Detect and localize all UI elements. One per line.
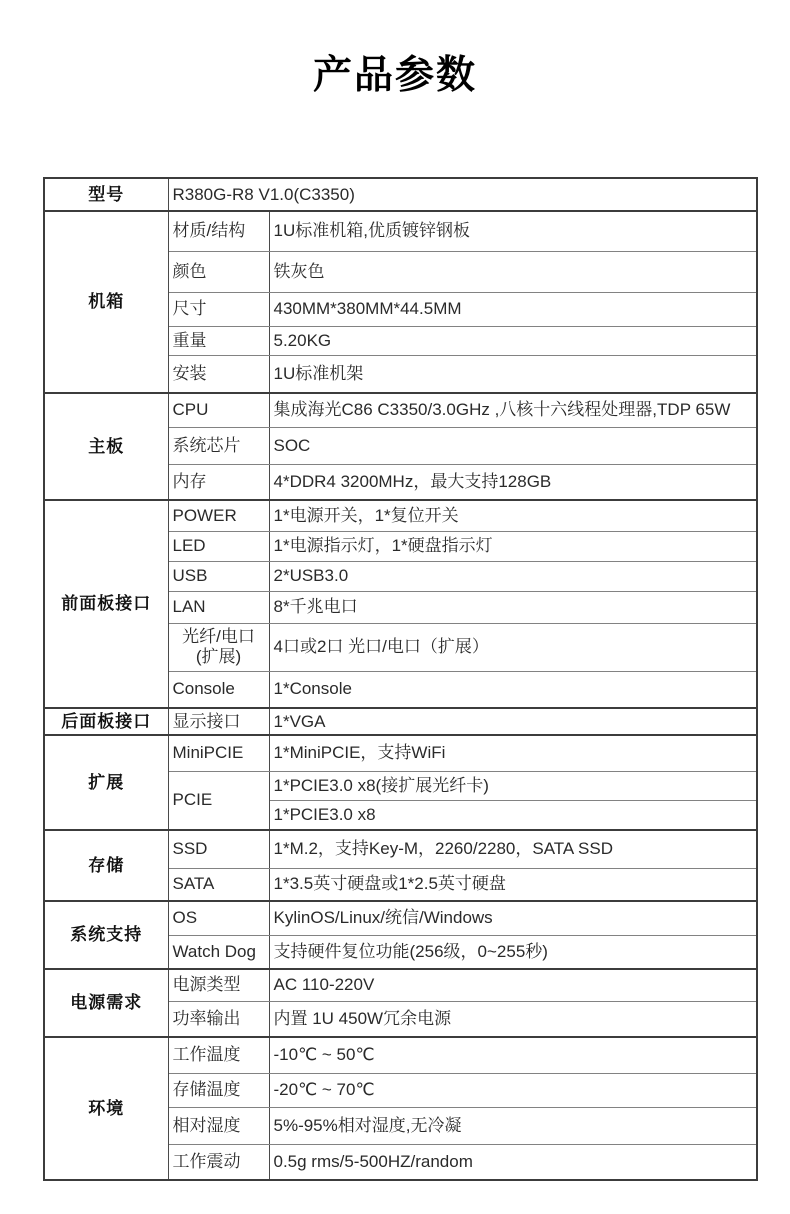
spec-label: 工作震动 — [168, 1144, 269, 1180]
spec-value: 2*USB3.0 — [269, 561, 757, 591]
group-cell-environment: 环境 — [44, 1037, 168, 1180]
spec-label: 重量 — [168, 326, 269, 355]
spec-value: 4口或2口 光口/电口（扩展） — [269, 623, 757, 671]
spec-label: USB — [168, 561, 269, 591]
spec-label: SATA — [168, 868, 269, 901]
group-cell-power: 电源需求 — [44, 969, 168, 1037]
model-value: R380G-R8 V1.0(C3350) — [168, 178, 757, 211]
spec-label: MiniPCIE — [168, 735, 269, 771]
spec-label: 内存 — [168, 464, 269, 500]
spec-value: 内置 1U 450W冗余电源 — [269, 1001, 757, 1037]
spec-label: 尺寸 — [168, 292, 269, 326]
spec-value: 1*MiniPCIE，支持WiFi — [269, 735, 757, 771]
group-cell-storage: 存储 — [44, 830, 168, 901]
spec-label: 材质/结构 — [168, 211, 269, 251]
spec-value: -20℃ ~ 70℃ — [269, 1073, 757, 1107]
table-row: 机箱 材质/结构 1U标准机箱,优质镀锌钢板 — [44, 211, 757, 251]
spec-value: SOC — [269, 427, 757, 464]
spec-label: 安装 — [168, 355, 269, 393]
spec-value: 1*电源指示灯，1*硬盘指示灯 — [269, 531, 757, 561]
spec-label: LAN — [168, 591, 269, 623]
spec-label: 工作温度 — [168, 1037, 269, 1073]
spec-value: 1*PCIE3.0 x8(接扩展光纤卡) — [269, 771, 757, 800]
spec-label: 相对湿度 — [168, 1107, 269, 1144]
table-row: 扩展 MiniPCIE 1*MiniPCIE，支持WiFi — [44, 735, 757, 771]
spec-label: PCIE — [168, 771, 269, 830]
spec-value: 支持硬件复位功能(256级，0~255秒) — [269, 935, 757, 969]
model-label: 型号 — [44, 178, 168, 211]
spec-label: POWER — [168, 500, 269, 531]
spec-label: Console — [168, 671, 269, 708]
spec-value: 5.20KG — [269, 326, 757, 355]
spec-label: 系统芯片 — [168, 427, 269, 464]
spec-value: 1*VGA — [269, 708, 757, 735]
spec-value: 8*千兆电口 — [269, 591, 757, 623]
spec-value: 1U标准机箱,优质镀锌钢板 — [269, 211, 757, 251]
spec-label: LED — [168, 531, 269, 561]
spec-value: 5%-95%相对湿度,无冷凝 — [269, 1107, 757, 1144]
table-row: 环境 工作温度 -10℃ ~ 50℃ — [44, 1037, 757, 1073]
spec-value: 1U标准机架 — [269, 355, 757, 393]
spec-value: 1*3.5英寸硬盘或1*2.5英寸硬盘 — [269, 868, 757, 901]
group-cell-rear-panel: 后面板接口 — [44, 708, 168, 735]
spec-label: OS — [168, 901, 269, 935]
product-spec-page: 产品参数 型号 R380G-R8 V1.0(C3350) 机箱 材质/结构 1U… — [0, 0, 790, 1214]
group-cell-front-panel: 前面板接口 — [44, 500, 168, 708]
table-row: 前面板接口 POWER 1*电源开关，1*复位开关 — [44, 500, 757, 531]
spec-label: 功率输出 — [168, 1001, 269, 1037]
table-row: 存储 SSD 1*M.2，支持Key-M，2260/2280，SATA SSD — [44, 830, 757, 868]
group-cell-mainboard: 主板 — [44, 393, 168, 500]
table-row: 后面板接口 显示接口 1*VGA — [44, 708, 757, 735]
group-cell-expansion: 扩展 — [44, 735, 168, 830]
spec-value: 1*电源开关，1*复位开关 — [269, 500, 757, 531]
spec-label: 光纤/电口 (扩展) — [168, 623, 269, 671]
page-title: 产品参数 — [0, 44, 790, 100]
table-row: 系统支持 OS KylinOS/Linux/统信/Windows — [44, 901, 757, 935]
spec-label: 存储温度 — [168, 1073, 269, 1107]
spec-label: 颜色 — [168, 251, 269, 292]
table-row: 主板 CPU 集成海光C86 C3350/3.0GHz ,八核十六线程处理器,T… — [44, 393, 757, 427]
group-cell-system-support: 系统支持 — [44, 901, 168, 969]
spec-value: 1*Console — [269, 671, 757, 708]
spec-value: 1*M.2，支持Key-M，2260/2280，SATA SSD — [269, 830, 757, 868]
spec-label: 电源类型 — [168, 969, 269, 1001]
group-cell-chassis: 机箱 — [44, 211, 168, 393]
spec-value: 430MM*380MM*44.5MM — [269, 292, 757, 326]
spec-value: -10℃ ~ 50℃ — [269, 1037, 757, 1073]
spec-label: Watch Dog — [168, 935, 269, 969]
spec-value: KylinOS/Linux/统信/Windows — [269, 901, 757, 935]
table-row-model: 型号 R380G-R8 V1.0(C3350) — [44, 178, 757, 211]
spec-label: SSD — [168, 830, 269, 868]
spec-value: 1*PCIE3.0 x8 — [269, 800, 757, 830]
spec-label: 显示接口 — [168, 708, 269, 735]
spec-label: CPU — [168, 393, 269, 427]
spec-value: 4*DDR4 3200MHz，最大支持128GB — [269, 464, 757, 500]
spec-value: 铁灰色 — [269, 251, 757, 292]
spec-value: AC 110-220V — [269, 969, 757, 1001]
table-row: 电源需求 电源类型 AC 110-220V — [44, 969, 757, 1001]
spec-value: 0.5g rms/5-500HZ/random — [269, 1144, 757, 1180]
spec-table: 型号 R380G-R8 V1.0(C3350) 机箱 材质/结构 1U标准机箱,… — [43, 177, 758, 1181]
spec-value: 集成海光C86 C3350/3.0GHz ,八核十六线程处理器,TDP 65W — [269, 393, 757, 427]
